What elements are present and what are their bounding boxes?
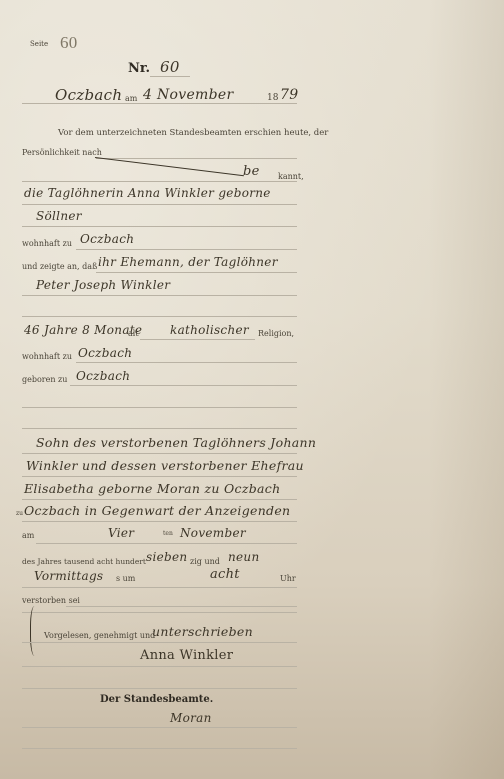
am-label: am	[125, 94, 137, 103]
rule-bekannt	[22, 181, 297, 182]
rule-informant-1	[22, 204, 297, 205]
rule-blank-4	[22, 612, 297, 613]
death-year-value-2: neun	[228, 550, 260, 564]
rule-residence	[76, 249, 297, 250]
informant-line-1: die Taglöhnerin Anna Winkler geborne	[24, 186, 271, 200]
death-time-label: s um	[116, 574, 135, 583]
informant-signature: Anna Winkler	[140, 648, 233, 663]
parents-line-4-prefix: zu	[16, 510, 23, 517]
birthplace-label: geboren zu	[22, 375, 67, 384]
rule-died	[66, 606, 297, 607]
reported-value-2: Peter Joseph Winkler	[36, 278, 170, 292]
parents-line-1: Sohn des verstorbenen Taglöhners Johann	[36, 435, 316, 450]
rule-blank-3	[22, 428, 297, 429]
residence-value: Oczbach	[80, 232, 134, 246]
rule-blank-2	[22, 407, 297, 408]
page-number: 60	[60, 33, 78, 53]
rule-registrar-1	[22, 727, 297, 728]
closing-brace	[30, 606, 41, 656]
parents-line-2: Winkler und dessen verstorbener Ehefrau	[26, 458, 304, 473]
page-label: Seite	[30, 40, 48, 48]
rule-registrar-2	[22, 748, 297, 749]
rule-closing	[22, 642, 297, 643]
death-year-mid: zig und	[190, 557, 220, 566]
religion-value: katholischer	[170, 323, 249, 337]
date-value: 4 November	[143, 87, 233, 103]
rule-religion	[140, 339, 255, 340]
rule-death-date	[36, 543, 297, 544]
entry-number: 60	[160, 58, 180, 76]
death-time-end: Uhr	[280, 574, 296, 583]
deceased-residence-value: Oczbach	[78, 346, 132, 360]
closing-label: Vorgelesen, genehmigt und	[44, 631, 155, 640]
strike-line	[95, 157, 244, 176]
rule-parents-3	[22, 499, 297, 500]
death-day: Vier	[108, 526, 134, 540]
birthplace-value: Oczbach	[76, 369, 130, 383]
residence-label: wohnhaft zu	[22, 239, 72, 248]
death-am-label: am	[22, 531, 34, 540]
rule-death-time	[22, 587, 297, 588]
bekannt-hand: be	[243, 164, 260, 179]
rule-birthplace	[70, 385, 297, 386]
parents-line-3: Elisabetha geborne Moran zu Oczbach	[24, 481, 280, 496]
religion-label: Religion,	[258, 329, 294, 338]
reported-value-1: ihr Ehemann, der Taglöhner	[98, 255, 278, 269]
registrar-label: Der Standesbeamte.	[100, 694, 213, 705]
death-ten-label: ten	[163, 530, 173, 537]
reported-label: und zeigte an, daß	[22, 262, 97, 271]
parents-line-4: Oczbach in Gegenwart der Anzeigenden	[24, 503, 290, 518]
rule-informant-2	[22, 226, 297, 227]
death-month: November	[180, 526, 246, 540]
death-time-value-2: acht	[210, 567, 240, 582]
entry-label: Nr.	[128, 61, 150, 76]
death-year-label: des Jahres tausend acht hundert	[22, 557, 146, 566]
kannt-label: kannt,	[278, 172, 304, 181]
registrar-signature: Moran	[170, 711, 212, 725]
rule-deceased-residence	[76, 362, 297, 363]
register-page: Seite 60 Nr. 60 Oczbach am 4 November 18…	[0, 0, 504, 779]
death-time-value-1: Vormittags	[34, 569, 103, 583]
closing-value: unterschrieben	[152, 624, 253, 639]
intro-line-1: Vor dem unterzeichneten Standesbeamten e…	[58, 128, 328, 138]
rule-parents-1	[22, 453, 297, 454]
year-prefix: 18	[267, 93, 278, 103]
intro-line-2-label: Persönlichkeit nach	[22, 148, 102, 157]
deceased-residence-label: wohnhaft zu	[22, 352, 72, 361]
death-year-value-1: sieben	[146, 550, 187, 564]
rule-signature-1	[22, 666, 297, 667]
rule-blank-1	[22, 316, 297, 317]
informant-line-2: Söllner	[36, 209, 82, 223]
age-value: 46 Jahre 8 Monate	[24, 323, 142, 337]
rule-parents-4	[22, 521, 297, 522]
rule-persoenlichkeit	[96, 158, 297, 159]
rule-parents-2	[22, 476, 297, 477]
entry-rule	[150, 76, 190, 77]
year-suffix: 79	[280, 87, 298, 103]
age-label: alt	[128, 329, 139, 338]
rule-signature-2	[22, 688, 297, 689]
place-value: Oczbach	[55, 86, 122, 104]
died-label: verstorben sei	[22, 596, 80, 605]
rule-reported-2	[22, 295, 297, 296]
rule-reported-1	[96, 272, 297, 273]
